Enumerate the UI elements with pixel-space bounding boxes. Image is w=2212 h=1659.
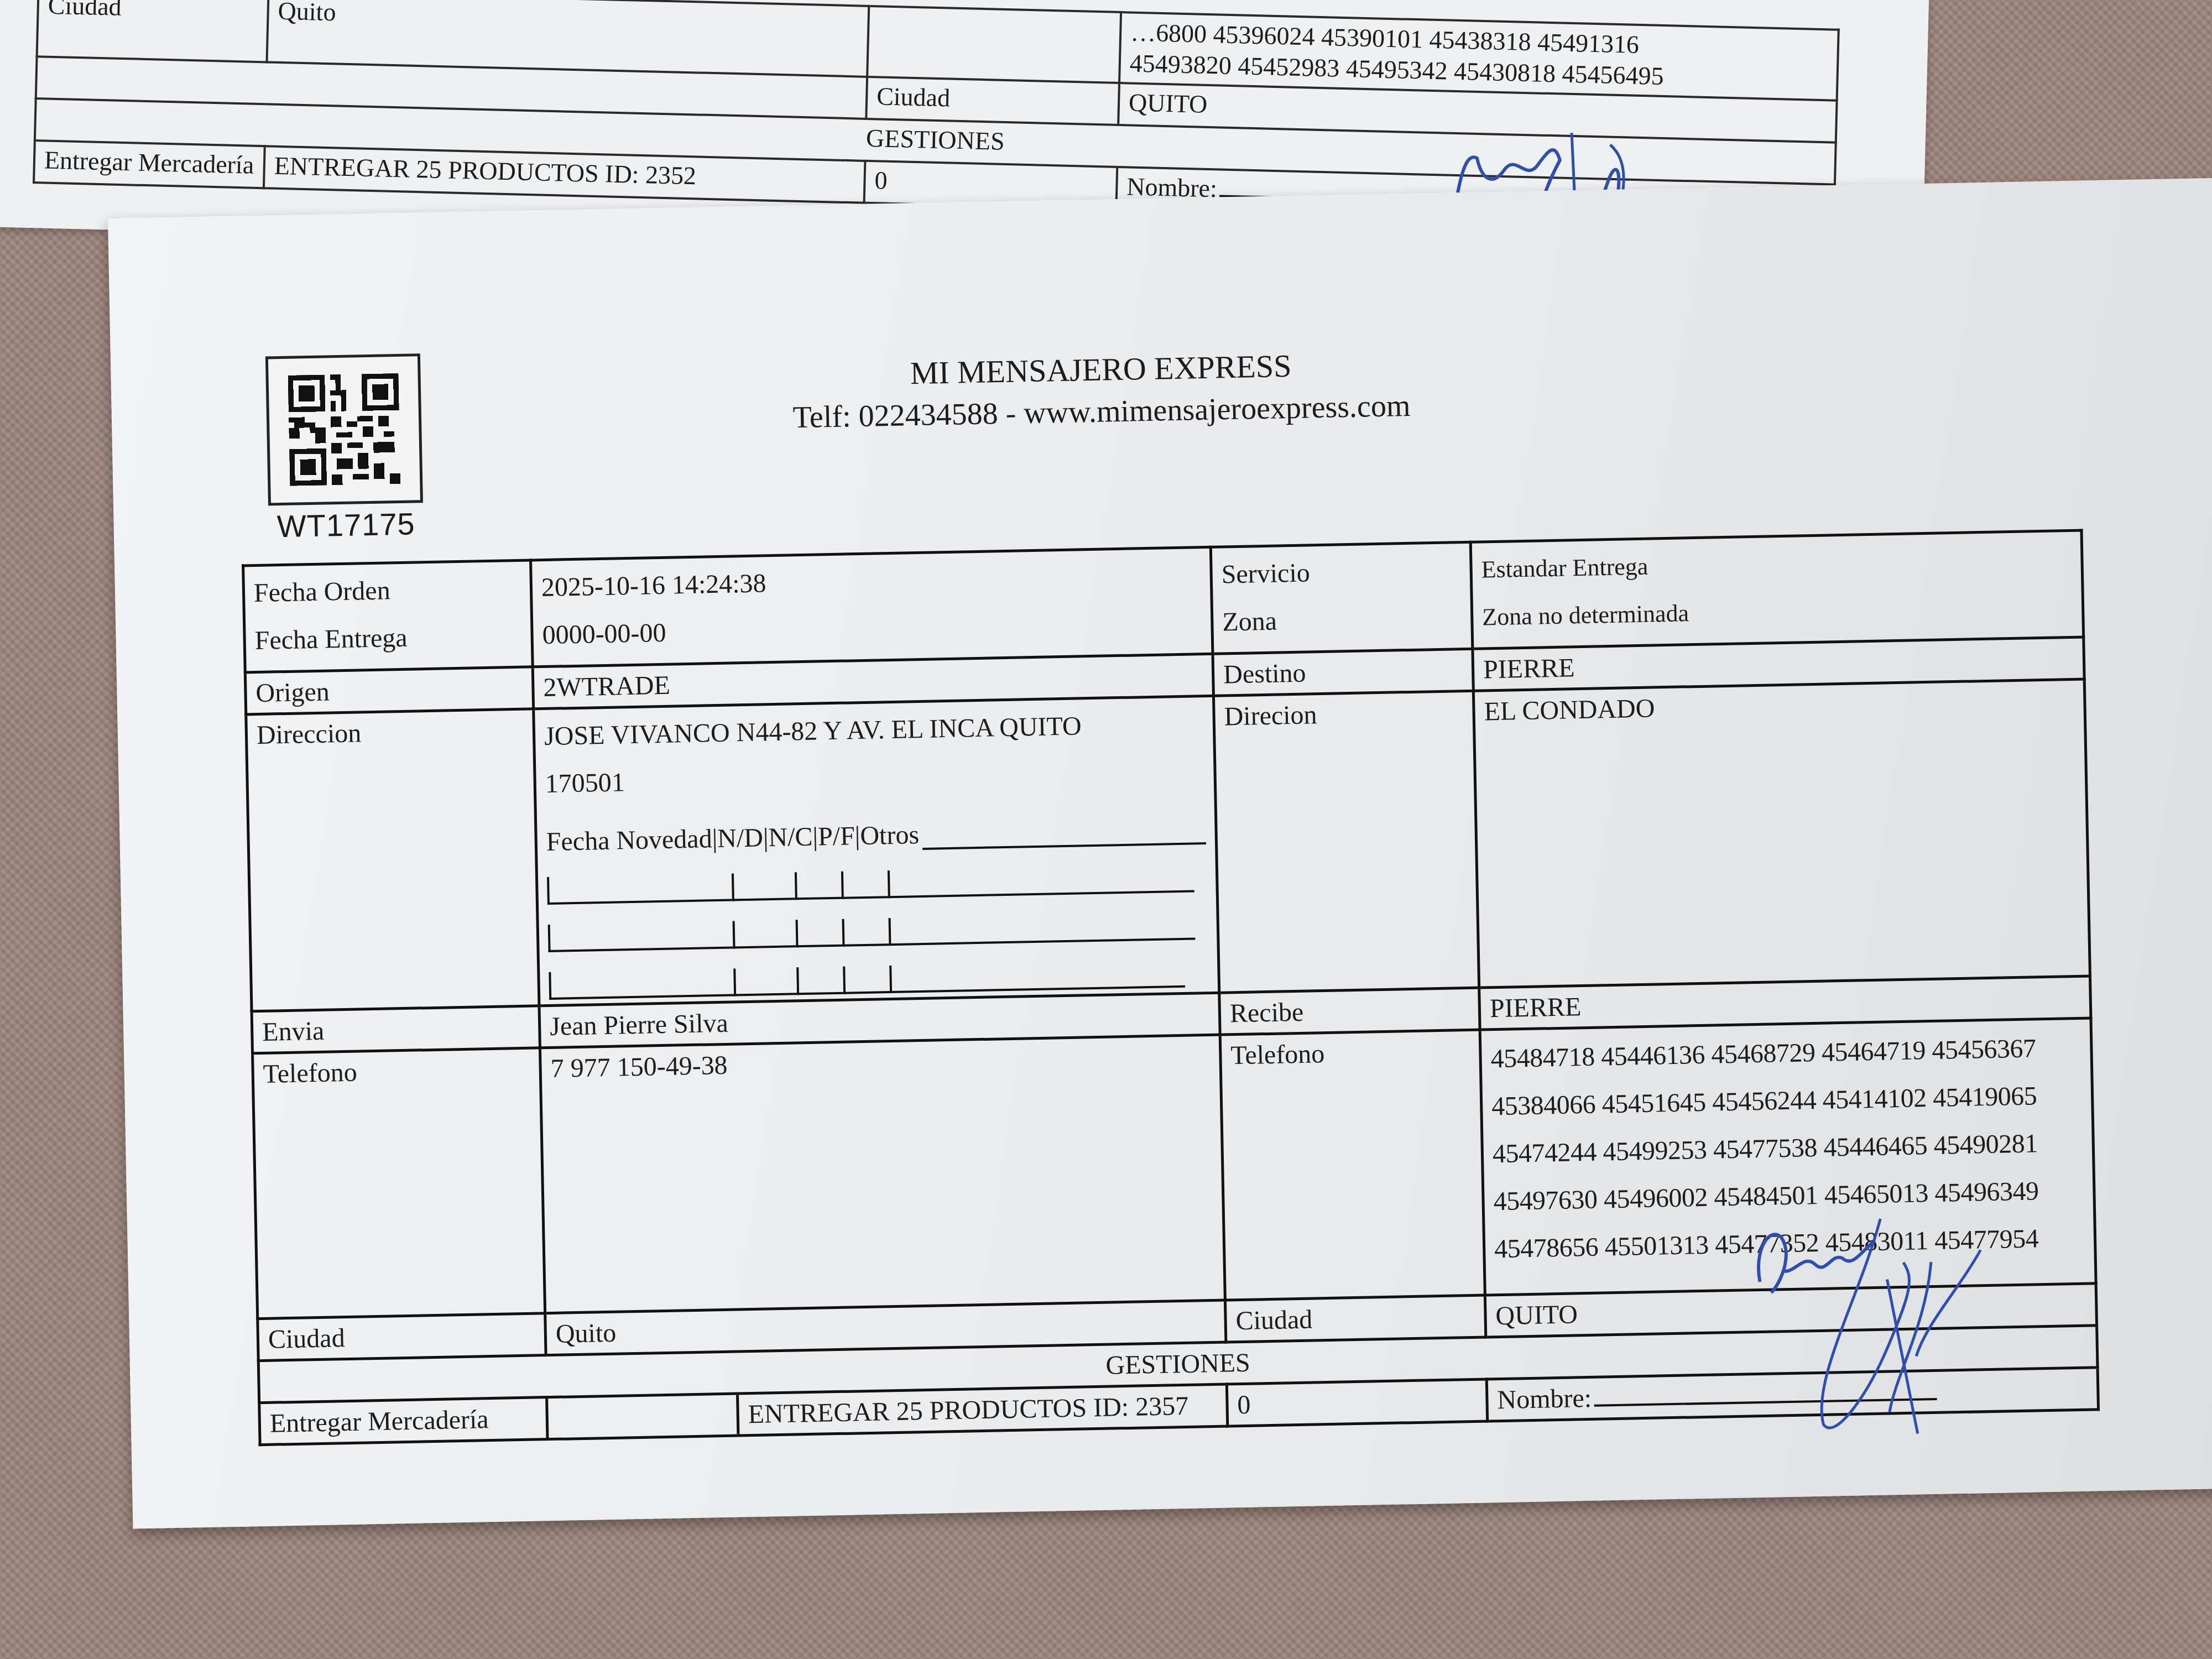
nombre-signature-line[interactable] (1594, 1381, 1937, 1407)
prev-ciudad-label: Ciudad (37, 0, 269, 62)
telefono-label: Telefono (253, 1048, 545, 1319)
fecha-entrega-label: Fecha Entrega (254, 614, 523, 666)
qr-code-icon (288, 373, 401, 486)
telefono-value: 7 977 150-49-38 (540, 1035, 1225, 1313)
gestion-value: 0 (1227, 1379, 1487, 1426)
prev-empty-cell (867, 6, 1121, 83)
delivery-slip: WT17175 MI MENSAJERO EXPRESS Telf: 02243… (108, 175, 2212, 1528)
destino-label: Destino (1213, 649, 1473, 696)
fecha-orden-label: Fecha Orden (253, 566, 521, 619)
service-values: Estandar Entrega Zona no determinada (1470, 530, 2084, 649)
company-info: MI MENSAJERO EXPRESS Telf: 022434588 - w… (713, 341, 1489, 440)
slip-header: WT17175 MI MENSAJERO EXPRESS Telf: 02243… (108, 175, 2212, 561)
direcion-dest-label: Direcion (1213, 691, 1479, 993)
nombre-label: Nombre: (1497, 1384, 1592, 1415)
dates-values: 2025-10-16 14:24:38 0000-00-00 (531, 547, 1213, 667)
direccion-cell: JOSE VIVANCO N44-82 Y AV. EL INCA QUITO … (534, 696, 1219, 1006)
phone-row: Telefono 7 977 150-49-38 Telefono 454847… (253, 1018, 2096, 1319)
gestion-description-text: ENTREGAR 25 PRODUCTOS ID: 2357 (739, 1386, 1198, 1434)
gestion-spacer (548, 1395, 739, 1438)
ciudad-dest-label: Ciudad (1225, 1295, 1485, 1342)
recibe-label: Recibe (1219, 988, 1480, 1035)
direccion-label: Direccion (246, 709, 539, 1011)
prev-gestion-type: Entregar Mercadería (34, 140, 265, 188)
telefono-dest-list: 45484718 45446136 45468729 45464719 4545… (1480, 1018, 2096, 1295)
tracking-code: WT17175 (271, 505, 421, 544)
address-row: Direccion JOSE VIVANCO N44-82 Y AV. EL I… (246, 679, 2090, 1011)
telefono-dest-label: Telefono (1220, 1030, 1485, 1300)
service-labels: Servicio Zona (1211, 542, 1473, 654)
gestion-type: Entregar Mercadería (259, 1397, 547, 1445)
servicio-label: Servicio (1221, 548, 1462, 600)
qr-code-frame (265, 353, 423, 505)
prev-ciudad-dest-label: Ciudad (866, 77, 1119, 125)
direcion-dest-value: EL CONDADO (1473, 679, 2090, 988)
ciudad-label: Ciudad (258, 1313, 546, 1361)
zona-label: Zona (1222, 596, 1463, 648)
envia-label: Envia (252, 1006, 540, 1053)
shipment-details-table: Fecha Orden Fecha Entrega 2025-10-16 14:… (242, 529, 2100, 1447)
origen-label: Origen (245, 667, 533, 714)
dates-labels: Fecha Orden Fecha Entrega (243, 560, 533, 672)
